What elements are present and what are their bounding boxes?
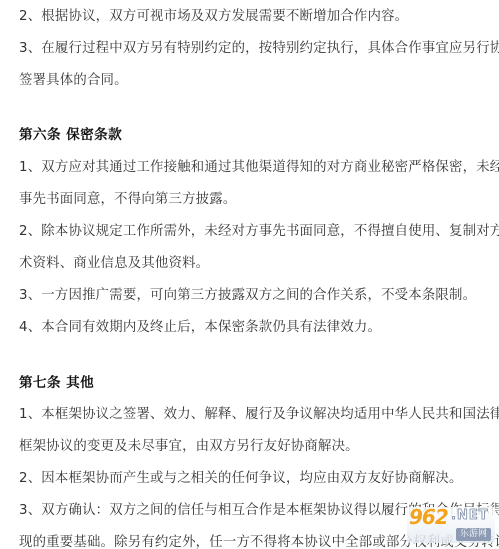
clause-line: 2、根据协议，双方可视市场及双方发展需要不断增加合作内容。 [19, 8, 408, 26]
clause-line: 2、除本协议规定工作所需外，未经对方事先书面同意，不得擅自使用、复制对方的技 [19, 223, 499, 241]
clause-line: 1、本框架协议之签署、效力、解释、履行及争议解决均适用中华人民共和国法律。本 [19, 406, 499, 424]
clause-line: 1、双方应对其通过工作接触和通过其他渠道得知的对方商业秘密严格保密，未经对方 [19, 159, 499, 177]
clause-line: 3、在履行过程中双方另有特别约定的，按特别约定执行，具体合作事宜应另行协商并 [19, 40, 499, 58]
clause-line: 术资料、商业信息及其他资料。 [19, 255, 209, 273]
clause-line: 签署具体的合同。 [19, 72, 128, 90]
site-watermark: 962 .NET 乐游网 [407, 507, 495, 543]
watermark-subtitle: 乐游网 [456, 528, 491, 541]
clause-line: 框架协议的变更及未尽事宜，由双方另行友好协商解决。 [19, 438, 359, 456]
watermark-domain: .NET [451, 508, 489, 523]
clause-line: 事先书面同意，不得向第三方披露。 [19, 191, 236, 209]
clause-line: 3、一方因推广需要，可向第三方披露双方之间的合作关系，不受本条限制。 [19, 287, 476, 305]
clause-line: 2、因本框架协而产生或与之相关的任何争议，均应由双方友好协商解决。 [19, 470, 463, 488]
section-heading-confidentiality: 第六条 保密条款 [19, 126, 122, 144]
section-heading-other: 第七条 其他 [19, 374, 94, 392]
clause-line: 4、本合同有效期内及终止后，本保密条款仍具有法律效力。 [19, 319, 381, 337]
watermark-number: 962 [409, 505, 448, 529]
